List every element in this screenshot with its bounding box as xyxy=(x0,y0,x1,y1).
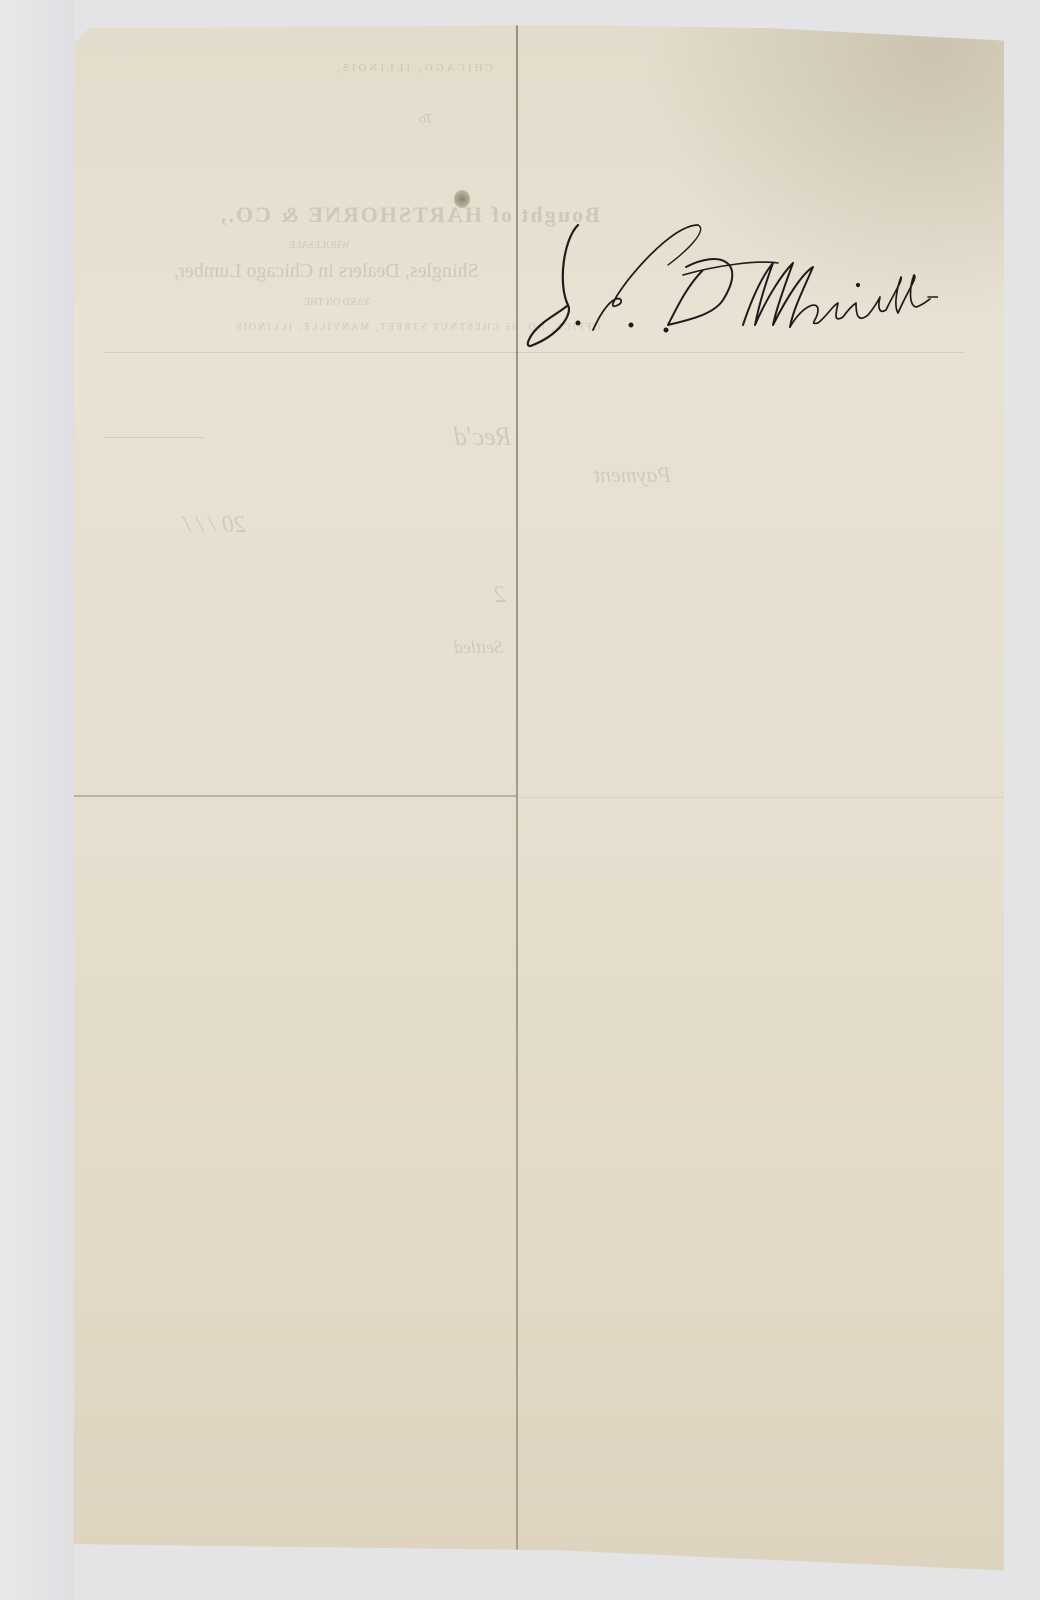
signature-ink-icon xyxy=(518,205,938,355)
horizontal-fold-crease xyxy=(74,795,517,797)
bleed-through-line: Shingles, Dealers in Chicago Lumber, xyxy=(174,260,479,283)
horizontal-fold-crease xyxy=(518,797,1004,798)
faint-handwriting: 20 / / / xyxy=(184,512,246,539)
background xyxy=(0,0,75,1600)
faint-handwriting: Settled xyxy=(454,637,503,658)
faint-handwriting: 2 xyxy=(494,582,506,609)
bleed-through-line: YARD ON THE xyxy=(304,297,370,308)
signature: J. S. D. Manville xyxy=(518,205,938,355)
bleed-through-line: WHOLESALE xyxy=(289,240,350,251)
faint-handwriting: Rec'd xyxy=(454,422,512,452)
divider xyxy=(104,437,204,438)
faint-handwriting: Payment xyxy=(594,462,671,488)
bleed-through-line: CHICAGO, ILLINOIS, xyxy=(334,62,493,74)
bleed-through-line: To xyxy=(419,112,433,128)
